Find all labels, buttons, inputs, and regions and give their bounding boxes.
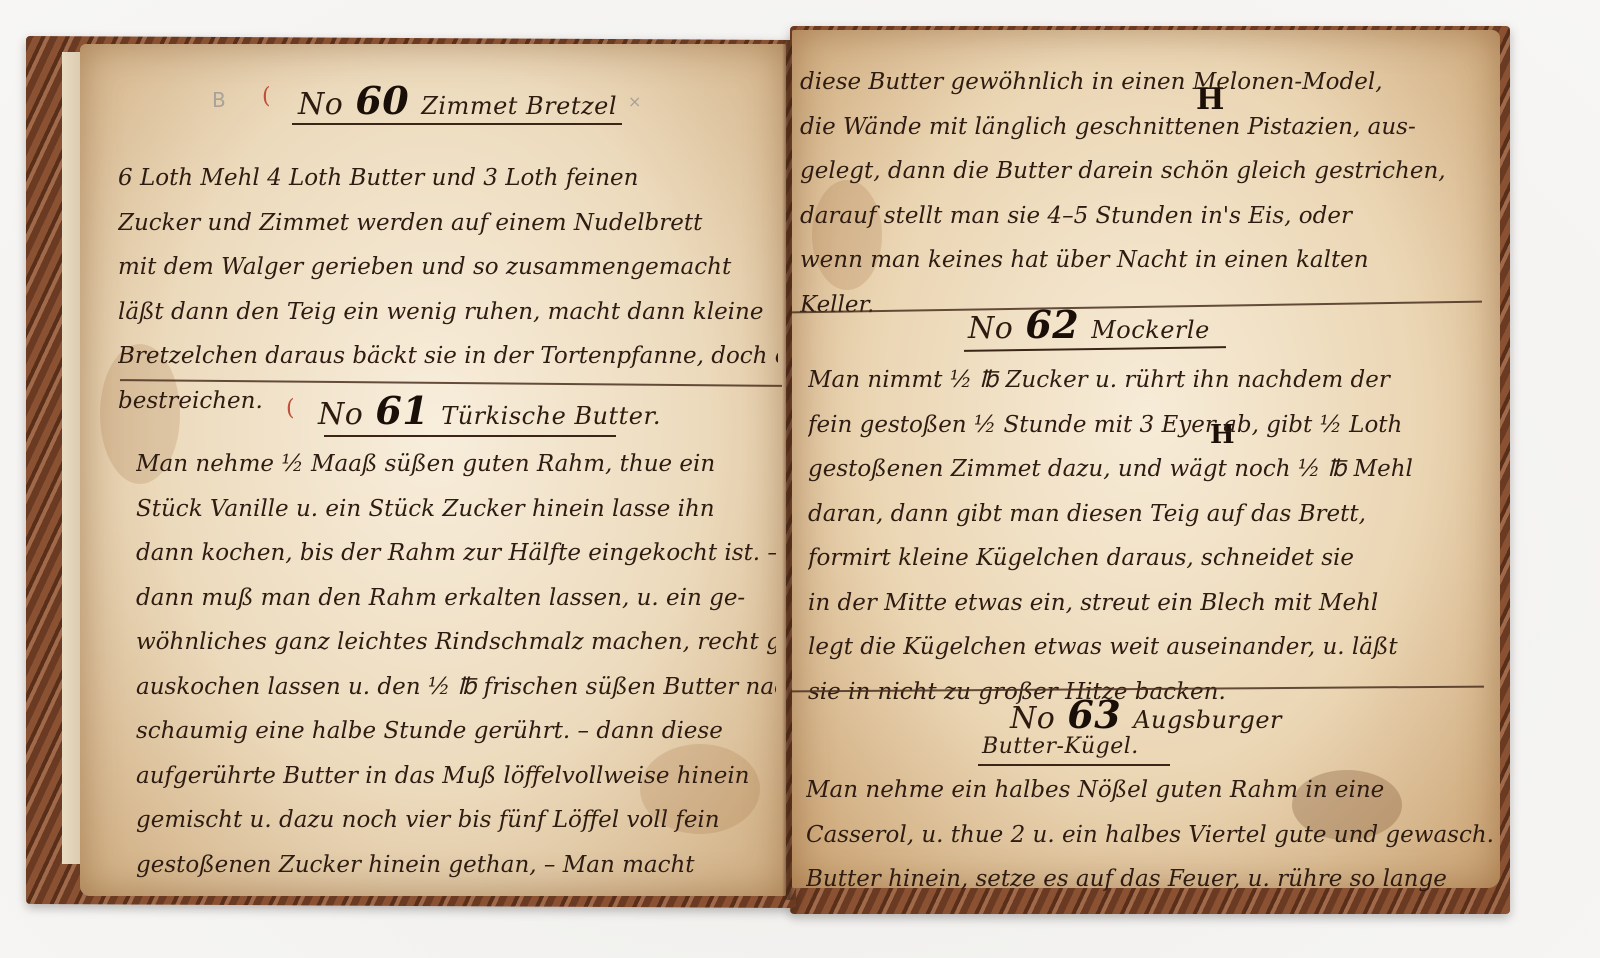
heading-underline (324, 435, 616, 437)
text-line: wenn man keines hat über Nacht in einen … (800, 238, 1490, 283)
text-line: Butter hinein, setze es auf das Feuer, u… (806, 857, 1496, 902)
text-line: formirt kleine Kügelchen daraus, schneid… (808, 536, 1494, 581)
recipe-61-continuation: diese Butter gewöhnlich in einen Melonen… (800, 60, 1490, 327)
text-line: Stück Vanille u. ein Stück Zucker hinein… (136, 487, 776, 532)
recipe-title: Türkische Butter. (441, 402, 661, 430)
text-line: wöhnliches ganz leichtes Rindschmalz mac… (136, 620, 776, 665)
text-line: gemischt u. dazu noch vier bis fünf Löff… (136, 798, 776, 843)
recipe-title: Zimmet Bretzel (421, 92, 617, 120)
text-line: Zucker und Zimmet werden auf einem Nudel… (118, 201, 778, 246)
pencil-note: B (212, 88, 226, 112)
number-label: No (318, 397, 363, 432)
right-page: H diese Butter gewöhnlich in einen Melon… (792, 30, 1500, 888)
recipe-number: 60 (355, 78, 409, 123)
text-line: Man nehme ½ Maaß süßen guten Rahm, thue … (136, 442, 776, 487)
text-line: Casserol, u. thue 2 u. ein halbes Vierte… (806, 813, 1496, 858)
heading-underline (978, 764, 1170, 766)
text-line: Man nehme ein halbes Nößel guten Rahm in… (806, 768, 1496, 813)
recipe-title: Augsburger (1133, 706, 1282, 734)
text-line: aufgerührte Butter in das Muß löffelvoll… (136, 754, 776, 799)
recipe-number: 61 (375, 388, 429, 433)
text-line: 6 Loth Mehl 4 Loth Butter und 3 Loth fei… (118, 156, 778, 201)
recipe-title: Mockerle (1091, 316, 1210, 344)
recipe-62-body: Man nimmt ½ ℔ Zucker u. rührt ihn nachde… (808, 358, 1494, 714)
recipe-63-heading: No 63 Augsburger (1010, 692, 1282, 737)
text-line: daran, dann gibt man diesen Teig auf das… (808, 492, 1494, 537)
recipe-63-body: Man nehme ein halbes Nößel guten Rahm in… (806, 768, 1496, 902)
recipe-60-heading: No 60 Zimmet Bretzel (298, 78, 617, 123)
text-line: gestoßenen Zucker hinein gethan, – Man m… (136, 843, 776, 888)
heading-underline (292, 123, 622, 125)
text-line: diese Butter gewöhnlich in einen Melonen… (800, 60, 1490, 105)
text-line: legt die Kügelchen etwas weit auseinande… (808, 625, 1494, 670)
recipe-62-heading: No 62 Mockerle (968, 302, 1210, 347)
text-line: fein gestoßen ½ Stunde mit 3 Eyer ab, gi… (808, 403, 1494, 448)
recipe-61-body: Man nehme ½ Maaß süßen guten Rahm, thue … (136, 442, 776, 887)
heading-underline (964, 346, 1226, 352)
number-label: No (1010, 701, 1055, 736)
text-line: schaumig eine halbe Stunde gerührt. – da… (136, 709, 776, 754)
text-line: die Wände mit länglich geschnittenen Pis… (800, 105, 1490, 150)
number-label: No (968, 311, 1013, 346)
text-line: dann kochen, bis der Rahm zur Hälfte ein… (136, 531, 776, 576)
number-label: No (298, 87, 343, 122)
recipe-61-heading: No 61 Türkische Butter. (318, 388, 661, 433)
recipe-subtitle: Butter-Kügel. (982, 734, 1139, 759)
text-line: darauf stellt man sie 4–5 Stunden in's E… (800, 194, 1490, 239)
pencil-cross-mark: × (628, 92, 641, 111)
red-margin-mark: ( (286, 396, 295, 421)
text-line: in der Mitte etwas ein, streut ein Blech… (808, 581, 1494, 626)
text-line: läßt dann den Teig ein wenig ruhen, mach… (118, 290, 778, 335)
text-line: Man nimmt ½ ℔ Zucker u. rührt ihn nachde… (808, 358, 1494, 403)
recipe-number: 62 (1025, 302, 1079, 347)
recipe-number: 63 (1067, 692, 1121, 737)
left-page: B ( × No 60 Zimmet Bretzel 6 Loth Mehl 4… (80, 44, 786, 896)
text-line: dann muß man den Rahm erkalten lassen, u… (136, 576, 776, 621)
text-line: auskochen lassen u. den ½ ℔ frischen süß… (136, 665, 776, 710)
text-line: gelegt, dann die Butter darein schön gle… (800, 149, 1490, 194)
text-line: mit dem Walger gerieben und so zusammeng… (118, 245, 778, 290)
text-line: gestoßenen Zimmet dazu, und wägt noch ½ … (808, 447, 1494, 492)
text-line: Bretzelchen daraus bäckt sie in der Tort… (118, 334, 778, 379)
red-margin-mark: ( (262, 84, 271, 109)
